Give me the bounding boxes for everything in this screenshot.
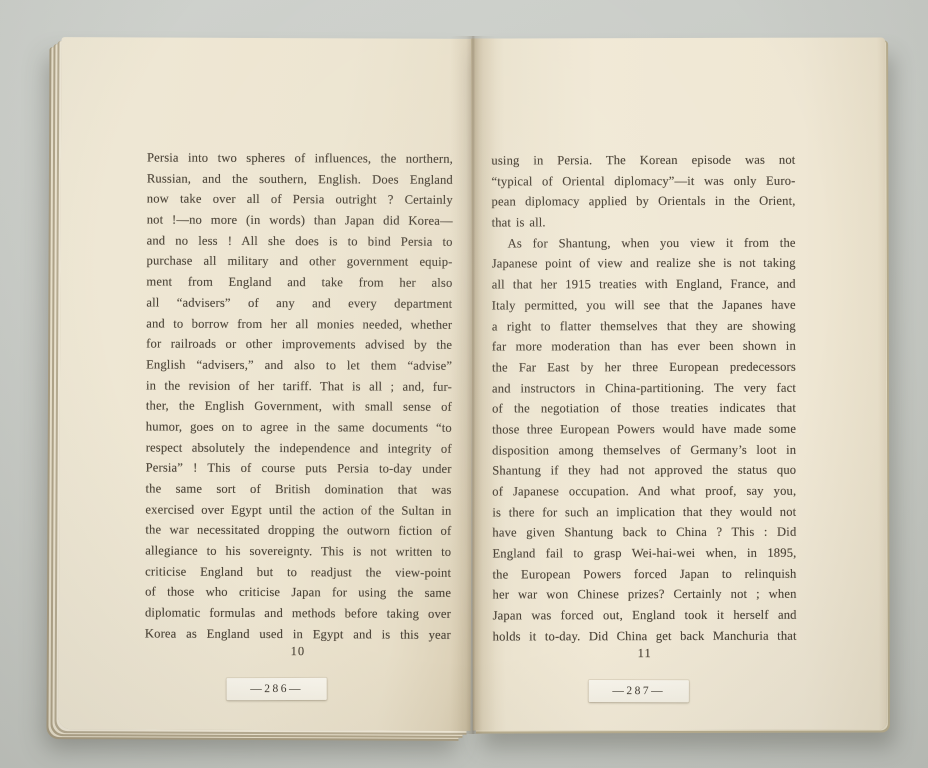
text-line: that is all. [492, 212, 796, 233]
right-page: using in Persia. The Korean episode was … [471, 37, 887, 730]
text-line: England fail to grasp Wei-hai-wei when, … [492, 543, 796, 564]
text-line: and no less ! All she does is to bind Pe… [147, 230, 453, 252]
text-line: all that her 1915 treaties with England,… [492, 274, 796, 295]
text-line: now take over all of Persia outright ? C… [147, 189, 453, 211]
photo-background: Persia into two spheres of influences, t… [0, 0, 928, 768]
text-line: allegiance to his sovereignty. This is n… [145, 541, 451, 563]
text-line: is there for such an implication that th… [492, 501, 796, 522]
text-line: Persia” ! This of course puts Persia to-… [146, 458, 452, 480]
text-line: Japan was forced out, England took it he… [493, 605, 797, 626]
text-line: diplomatic formulas and methods before t… [145, 603, 451, 625]
text-line: of Japanese occupation. And what proof, … [492, 481, 796, 502]
text-line: As for Shantung, when you view it from t… [492, 232, 796, 253]
catalog-label-left: —286— [227, 678, 327, 700]
text-line: and instructors in China-partitioning. T… [492, 377, 796, 398]
text-line: purchase all military and other governme… [146, 251, 452, 273]
text-line: pean diplomacy applied by Orientals in t… [491, 191, 795, 212]
text-line: “typical of Oriental diplomacy”—it was o… [491, 170, 795, 191]
text-line: not !—no more (in words) than Japan did … [147, 210, 453, 232]
text-line: English “advisers,” and also to let them… [146, 354, 452, 376]
text-line: have given Shantung back to China ? This… [492, 522, 796, 543]
text-line: of those who criticise Japan for using t… [145, 582, 451, 604]
text-line: respect absolutely the independence and … [146, 437, 452, 459]
catalog-label-left-text: —286— [250, 683, 303, 695]
text-line: the European Powers forced Japan to reli… [492, 563, 796, 584]
text-line: Russian, and the southern, English. Does… [147, 168, 453, 190]
text-line: her war won Chinese prizes? Certainly no… [493, 584, 797, 605]
open-book: Persia into two spheres of influences, t… [60, 38, 886, 730]
text-line: the Far East by her three European prede… [492, 357, 796, 378]
text-line: Japanese point of view and realize she i… [492, 253, 796, 274]
catalog-label-right: —287— [589, 680, 689, 702]
text-line: Korea as England used in Egypt and is th… [145, 623, 451, 645]
text-line: humor, goes on to agree in the same docu… [146, 416, 452, 438]
text-line: criticise England but to readjust the vi… [145, 561, 451, 583]
text-line: Persia into two spheres of influences, t… [147, 147, 453, 169]
text-line: disposition among themselves of Germany’… [492, 439, 796, 460]
catalog-label-right-text: —287— [612, 685, 665, 697]
text-line: Italy permitted, you will see that the J… [492, 295, 796, 316]
left-page-text: Persia into two spheres of influences, t… [145, 147, 453, 645]
text-line: for railroads or other improvements advi… [146, 334, 452, 356]
text-line: of the negotiation of those treaties ind… [492, 398, 796, 419]
text-line: far more moderation than has ever been s… [492, 336, 796, 357]
left-page-number: 10 [145, 643, 451, 659]
text-line: the same sort of British domination that… [145, 478, 451, 500]
text-line: Shantung if they had not approved the st… [492, 460, 796, 481]
text-line: holds it to-day. Did China get back Manc… [493, 626, 797, 647]
text-line: all “advisers” of any and every departme… [146, 292, 452, 314]
left-page: Persia into two spheres of influences, t… [58, 37, 473, 731]
text-line: a right to flatter themselves that they … [492, 315, 796, 336]
text-line: ment from England and take from her also [146, 272, 452, 294]
text-line: in the revision of her tariff. That is a… [146, 375, 452, 397]
right-page-text: using in Persia. The Korean episode was … [491, 150, 796, 647]
text-line: using in Persia. The Korean episode was … [491, 150, 795, 171]
text-line: those three European Powers would have m… [492, 419, 796, 440]
right-page-number: 11 [493, 646, 797, 662]
text-line: exercised over Egypt until the action of… [145, 499, 451, 521]
text-line: the war necessitated dropping the outwor… [145, 520, 451, 542]
text-line: and to borrow from her all monies needed… [146, 313, 452, 335]
text-line: ther, the English Government, with small… [146, 396, 452, 418]
